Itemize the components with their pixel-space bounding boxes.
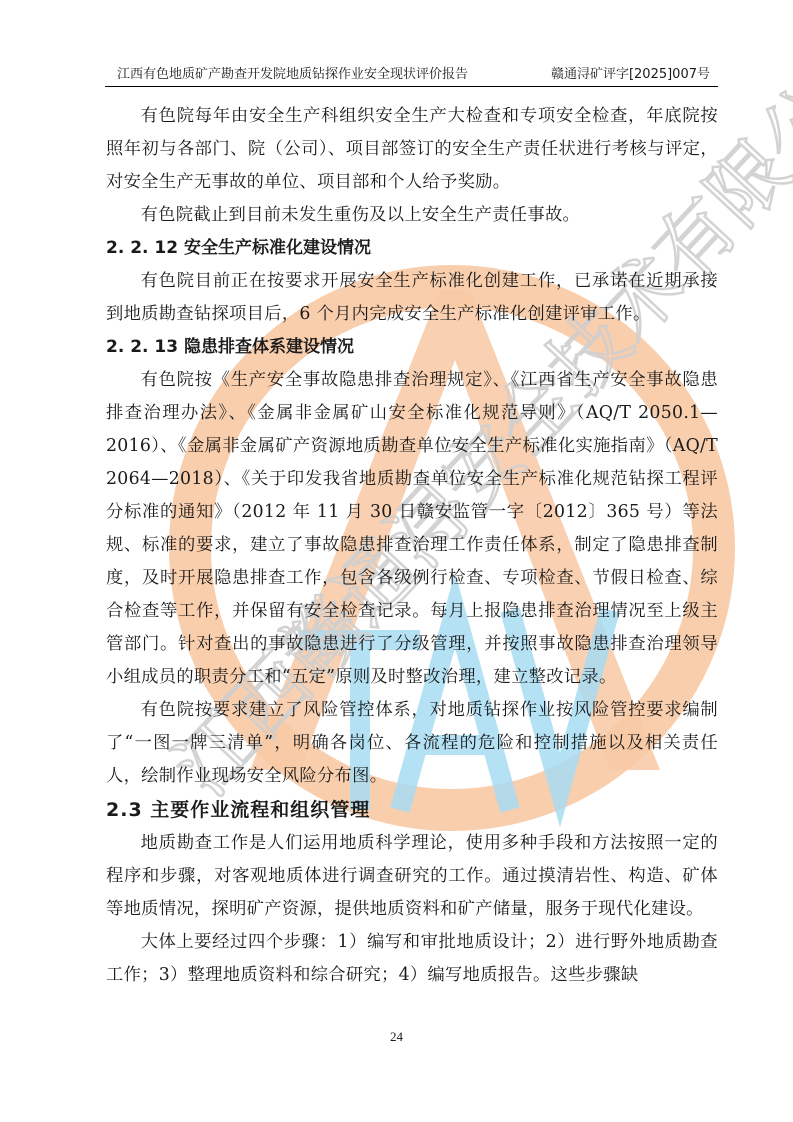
heading-2-2-13: 2. 2. 13 隐患排查体系建设情况 — [106, 331, 718, 364]
paragraph-four-steps: 大体上要经过四个步骤：1）编写和审批地质设计；2）进行野外地质勘查工作；3）整理… — [106, 926, 718, 992]
paragraph-hazard-inspection: 有色院按《生产安全事故隐患排查治理规定》、《江西省生产安全事故隐患排查治理办法》… — [106, 364, 718, 694]
page-header: 江西有色地质矿产勘查开发院地质钻探作业安全现状评价报告 赣通浔矿评字[2025]… — [105, 66, 718, 87]
paragraph-standardization: 有色院目前正在按要求开展安全生产标准化创建工作，已承诺在近期承接到地质勘查钻探项… — [106, 265, 718, 331]
paragraph-risk-control: 有色院按要求建立了风险管控体系，对地质钻探作业按风险管控要求编制了“一图一牌三清… — [106, 694, 718, 793]
paragraph-safety-inspection: 有色院每年由安全生产科组织安全生产大检查和专项安全检查，年底院按照年初与各部门、… — [106, 100, 718, 199]
paragraph-no-accidents: 有色院截止到目前未发生重伤及以上安全生产责任事故。 — [106, 199, 718, 232]
heading-2-3: 2.3 主要作业流程和组织管理 — [106, 793, 718, 827]
page-content: 有色院每年由安全生产科组织安全生产大检查和专项安全检查，年底院按照年初与各部门、… — [106, 100, 718, 992]
document-page: 江西有色地质矿产勘查开发院地质钻探作业安全现状评价报告 赣通浔矿评字[2025]… — [0, 0, 793, 1122]
paragraph-geological-survey: 地质勘查工作是人们运用地质科学理论，使用多种手段和方法按照一定的程序和步骤，对客… — [106, 827, 718, 926]
document-number: 赣通浔矿评字[2025]007号 — [551, 66, 710, 84]
page-number: 24 — [0, 1029, 793, 1045]
report-title: 江西有色地质矿产勘查开发院地质钻探作业安全现状评价报告 — [117, 66, 468, 84]
heading-2-2-12: 2. 2. 12 安全生产标准化建设情况 — [106, 232, 718, 265]
